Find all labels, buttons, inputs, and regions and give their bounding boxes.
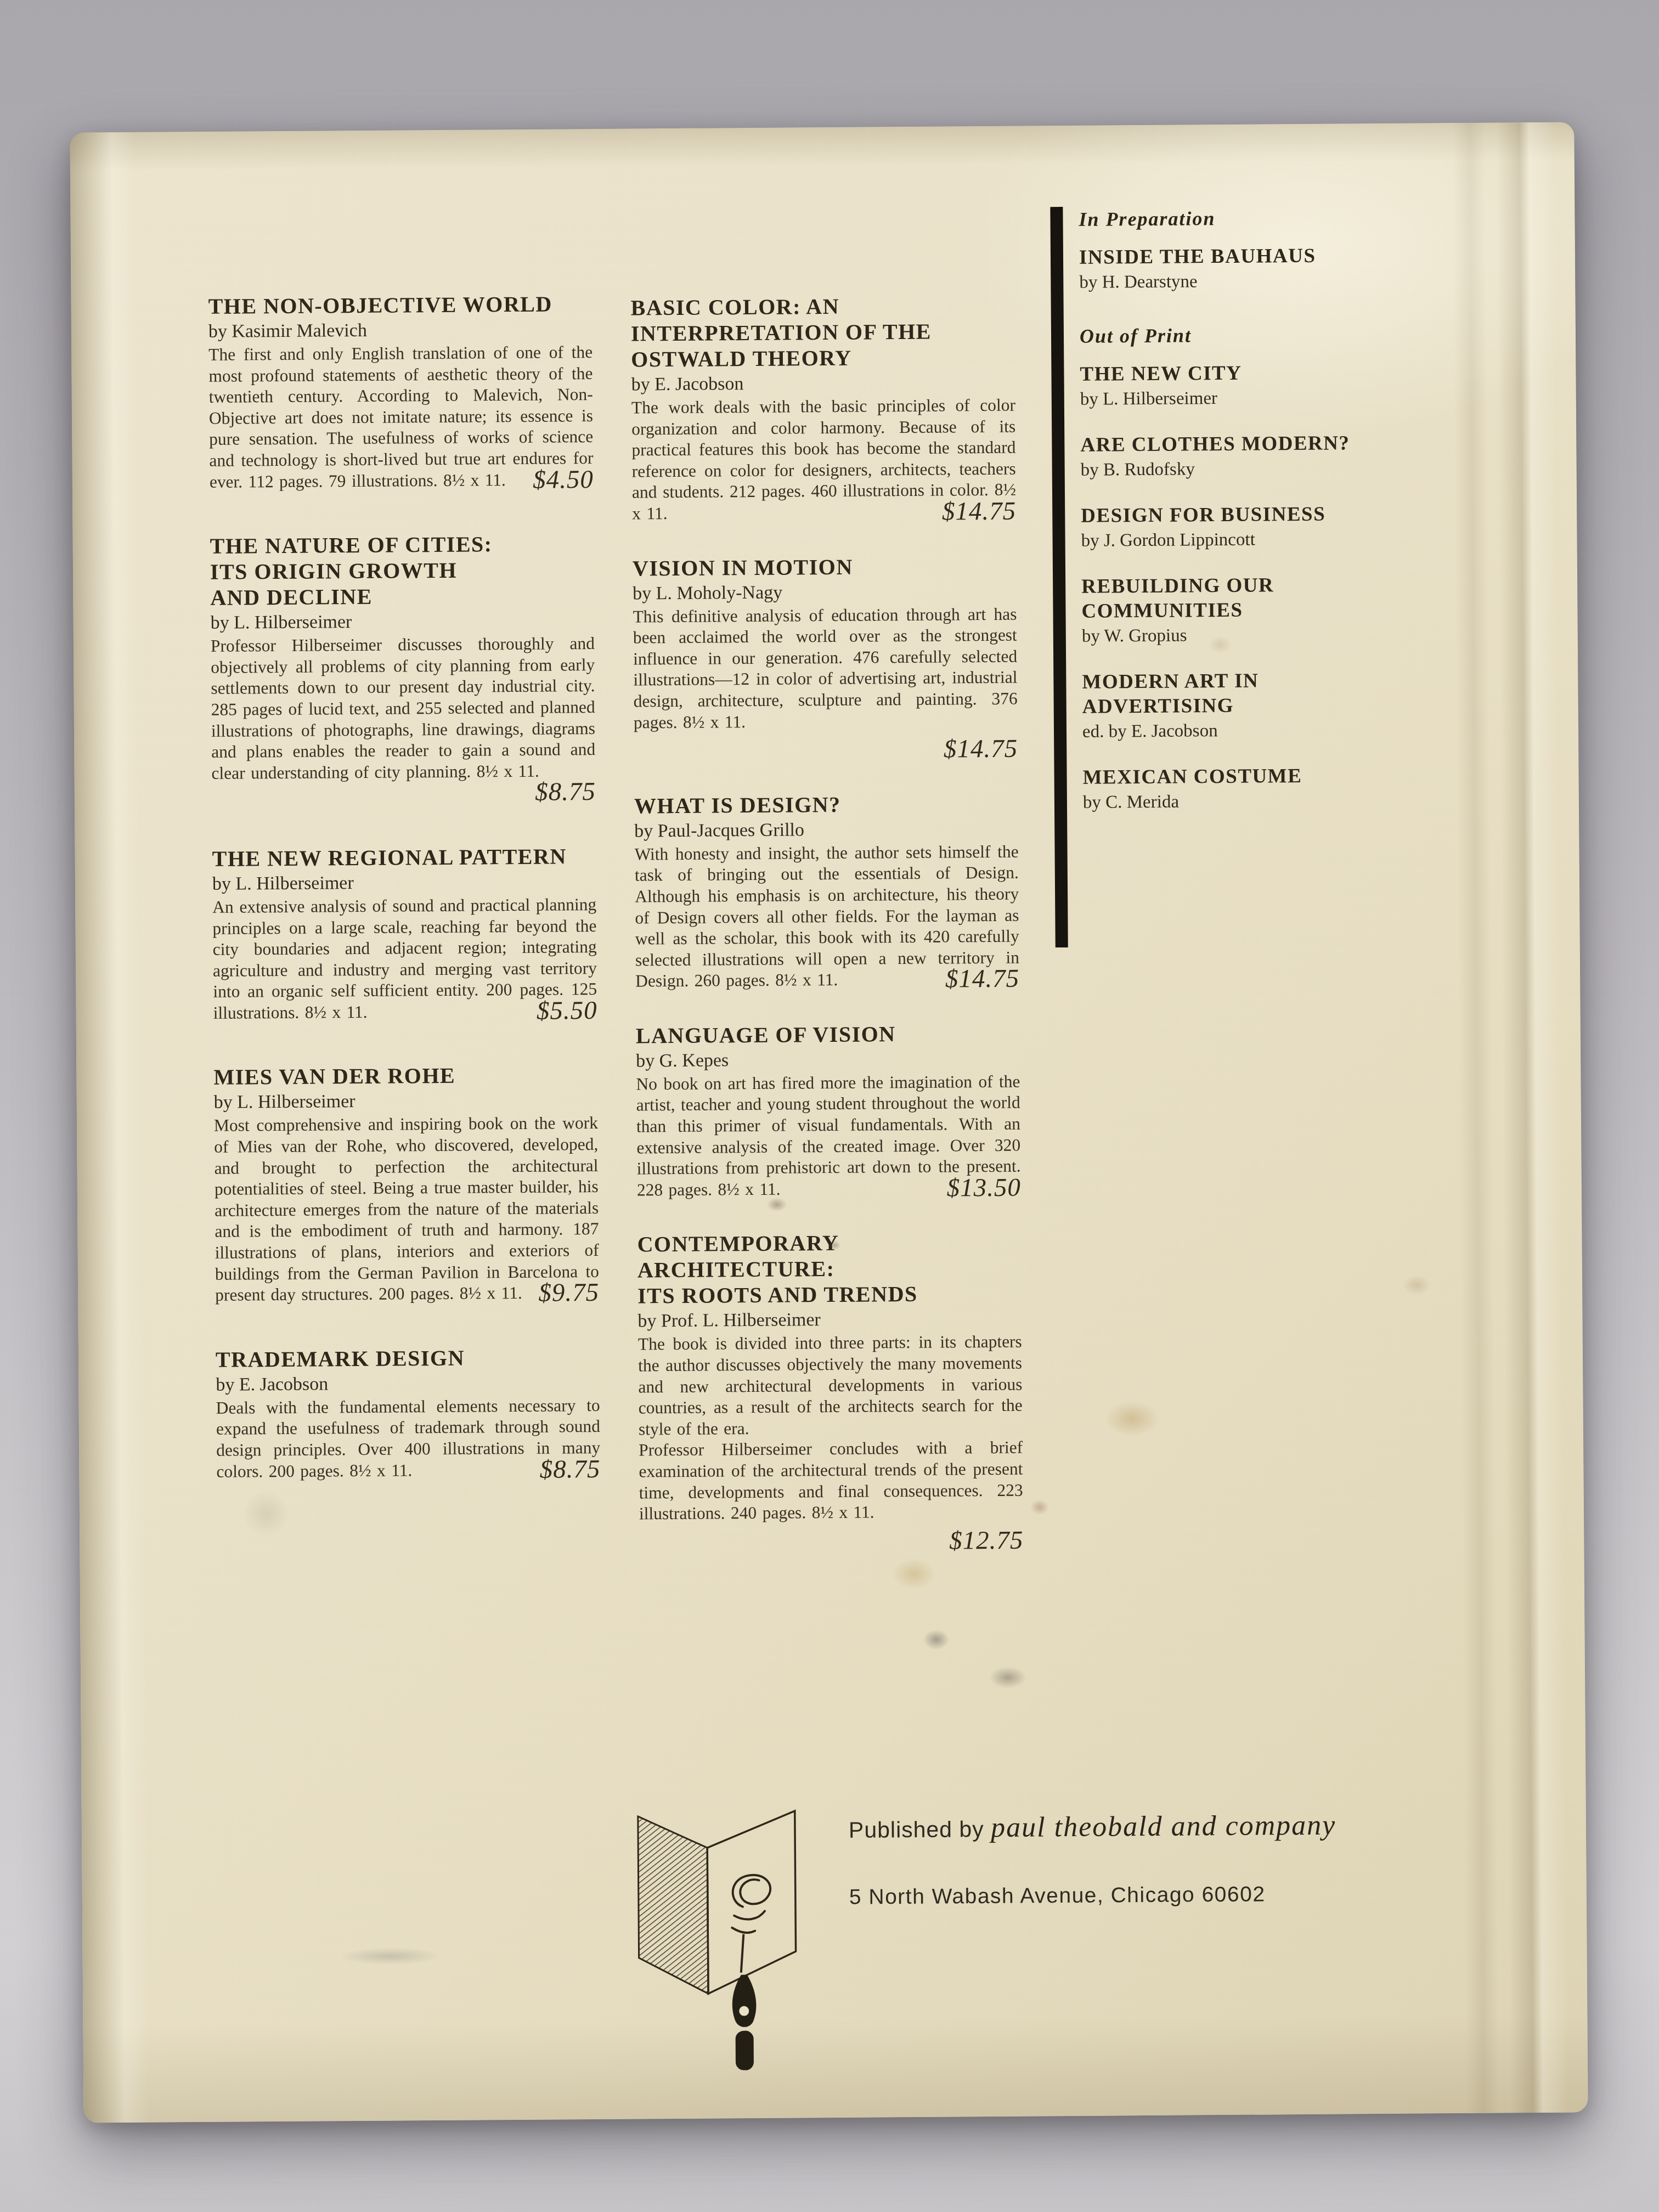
book-description: No book on art has fired more the imagin… bbox=[636, 1071, 1021, 1200]
book-entry: VISION IN MOTIONby L. Moholy-NagyThis de… bbox=[633, 552, 1018, 762]
book-description: This definitive analysis of education th… bbox=[633, 603, 1018, 762]
book-title: VISION IN MOTION bbox=[633, 552, 1017, 581]
book-entry: LANGUAGE OF VISIONby G. KepesNo book on … bbox=[636, 1020, 1021, 1200]
list-item: INSIDE THE BAUHAUSby H. Dearstyne bbox=[1079, 242, 1442, 294]
book-description-paragraph: Most comprehensive and inspiring book on… bbox=[214, 1113, 599, 1306]
book-price: $14.75 bbox=[634, 738, 1018, 762]
book-price: $14.75 bbox=[945, 968, 1020, 990]
book-title: THE NEW REGIONAL PATTERN bbox=[212, 843, 596, 872]
list-item-author: by W. Gropius bbox=[1082, 622, 1444, 648]
list-item: DESIGN FOR BUSINESSby J. Gordon Lippinco… bbox=[1081, 501, 1443, 552]
book-entry: BASIC COLOR: AN INTERPRETATION OF THE OS… bbox=[630, 292, 1016, 524]
book-description: Professor Hilberseimer discusses thoroug… bbox=[211, 633, 596, 784]
list-item: THE NEW CITYby L. Hilberseimer bbox=[1080, 359, 1442, 411]
list-item-author: by B. Rudofsky bbox=[1081, 456, 1443, 482]
book-author: by L. Hilberseimer bbox=[212, 869, 596, 897]
list-item: MEXICAN COSTUMEby C. Merida bbox=[1082, 763, 1445, 814]
book-price: $8.75 bbox=[535, 781, 596, 803]
book-author: by L. Hilberseimer bbox=[210, 608, 594, 636]
book-description-paragraph: This definitive analysis of education th… bbox=[633, 603, 1018, 762]
book-description-paragraph: With honesty and insight, the author set… bbox=[634, 841, 1019, 992]
publisher-open-book-pen-logo-icon bbox=[635, 1805, 801, 2072]
book-description: The first and only English translation o… bbox=[208, 342, 594, 493]
book-description: Deals with the fundamental elements nece… bbox=[216, 1395, 600, 1482]
in-preparation-label: In Preparation bbox=[1079, 205, 1441, 231]
book-description: An extensive analysis of sound and pract… bbox=[212, 894, 597, 1024]
publisher-name: paul theobald and company bbox=[991, 1810, 1336, 1843]
list-item: ARE CLOTHES MODERN?by B. Rudofsky bbox=[1080, 430, 1443, 482]
book-title: WHAT IS DESIGN? bbox=[634, 790, 1018, 819]
publisher-address: 5 North Wabash Avenue, Chicago 60602 bbox=[849, 1881, 1508, 1909]
list-item-author: by C. Merida bbox=[1083, 788, 1445, 814]
book-title: TRADEMARK DESIGN bbox=[216, 1344, 600, 1373]
book-title: MIES VAN DER ROHE bbox=[213, 1062, 597, 1090]
list-item-title: DESIGN FOR BUSINESS bbox=[1081, 501, 1443, 528]
list-item-title: THE NEW CITY bbox=[1080, 359, 1442, 387]
book-description-paragraph: Deals with the fundamental elements nece… bbox=[216, 1395, 600, 1482]
book-description: With honesty and insight, the author set… bbox=[634, 841, 1019, 992]
book-description-paragraph: No book on art has fired more the imagin… bbox=[636, 1071, 1021, 1200]
photo-background: THE NON-OBJECTIVE WORLDby Kasimir Malevi… bbox=[0, 0, 1659, 2212]
book-author: by L. Moholy-Nagy bbox=[633, 578, 1017, 606]
book-jacket-back-cover: THE NON-OBJECTIVE WORLDby Kasimir Malevi… bbox=[70, 122, 1588, 2123]
book-author: by Prof. L. Hilberseimer bbox=[637, 1306, 1022, 1334]
book-entry: THE NON-OBJECTIVE WORLDby Kasimir Malevi… bbox=[208, 291, 594, 493]
book-description-paragraph: Professor Hilberseimer discusses thoroug… bbox=[211, 633, 596, 784]
book-author: by E. Jacobson bbox=[216, 1370, 600, 1398]
book-entry: WHAT IS DESIGN?by Paul-Jacques GrilloWit… bbox=[634, 790, 1020, 992]
list-item-title: INSIDE THE BAUHAUS bbox=[1079, 242, 1441, 270]
out-of-print-label: Out of Print bbox=[1080, 322, 1442, 348]
list-item: REBUILDING OUR COMMUNITIESby W. Gropius bbox=[1081, 572, 1444, 648]
book-entry: THE NATURE OF CITIES: ITS ORIGIN GROWTH … bbox=[210, 531, 595, 805]
book-description-paragraph: The book is divided into three parts: in… bbox=[638, 1331, 1023, 1440]
book-entry: CONTEMPORARY ARCHITECTURE: ITS ROOTS AND… bbox=[637, 1229, 1023, 1554]
list-item-title: MEXICAN COSTUME bbox=[1082, 763, 1444, 790]
vertical-divider-bar bbox=[1050, 207, 1068, 947]
book-description: The book is divided into three parts: in… bbox=[638, 1331, 1024, 1554]
in-preparation-list: INSIDE THE BAUHAUSby H. Dearstyne bbox=[1079, 242, 1442, 294]
list-item: MODERN ART IN ADVERTISINGed. by E. Jacob… bbox=[1082, 667, 1444, 743]
book-title: BASIC COLOR: AN INTERPRETATION OF THE OS… bbox=[630, 292, 1015, 373]
book-price: $8.75 bbox=[540, 1459, 601, 1480]
book-description-paragraph: An extensive analysis of sound and pract… bbox=[212, 894, 597, 1024]
published-by-line: Published by paul theobald and company bbox=[849, 1808, 1507, 1844]
book-author: by G. Kepes bbox=[636, 1046, 1020, 1074]
list-item-title: REBUILDING OUR COMMUNITIES bbox=[1081, 572, 1444, 624]
publisher-block: Published by paul theobald and company 5… bbox=[849, 1808, 1508, 1909]
book-title: THE NATURE OF CITIES: ITS ORIGIN GROWTH … bbox=[210, 531, 594, 611]
book-author: by E. Jacobson bbox=[631, 370, 1015, 398]
list-item-author: by L. Hilberseimer bbox=[1080, 385, 1442, 411]
book-author: by Kasimir Malevich bbox=[208, 317, 592, 345]
book-price: $13.50 bbox=[946, 1177, 1021, 1199]
book-price: $5.50 bbox=[537, 1000, 597, 1022]
book-title: CONTEMPORARY ARCHITECTURE: ITS ROOTS AND… bbox=[637, 1229, 1022, 1309]
book-price: $9.75 bbox=[538, 1282, 599, 1304]
book-entry: MIES VAN DER ROHEby L. HilberseimerMost … bbox=[213, 1062, 599, 1306]
out-of-print-list: THE NEW CITYby L. HilberseimerARE CLOTHE… bbox=[1080, 359, 1445, 814]
book-title: THE NON-OBJECTIVE WORLD bbox=[208, 291, 592, 319]
book-description-paragraph: Professor Hilberseimer concludes with a … bbox=[639, 1437, 1023, 1554]
status-lists-panel: In Preparation INSIDE THE BAUHAUSby H. D… bbox=[1079, 205, 1445, 814]
book-description-paragraph: The work deals with the basic principles… bbox=[631, 395, 1017, 524]
catalog-column-middle: BASIC COLOR: AN INTERPRETATION OF THE OS… bbox=[630, 292, 1023, 1554]
list-item-author: by J. Gordon Lippincott bbox=[1081, 527, 1443, 552]
book-description: Most comprehensive and inspiring book on… bbox=[214, 1113, 599, 1306]
published-by-prefix: Published by bbox=[849, 1816, 984, 1843]
book-entry: THE NEW REGIONAL PATTERNby L. Hilberseim… bbox=[212, 843, 597, 1024]
list-item-title: ARE CLOTHES MODERN? bbox=[1080, 430, 1442, 458]
book-entry: TRADEMARK DESIGNby E. JacobsonDeals with… bbox=[216, 1344, 601, 1482]
book-price: $12.75 bbox=[639, 1530, 1023, 1553]
catalog-column-left: THE NON-OBJECTIVE WORLDby Kasimir Malevi… bbox=[208, 291, 600, 1482]
book-description-paragraph: The first and only English translation o… bbox=[208, 342, 594, 493]
book-author: by L. Hilberseimer bbox=[214, 1087, 598, 1115]
book-title: LANGUAGE OF VISION bbox=[636, 1020, 1020, 1048]
book-price: $4.50 bbox=[533, 469, 594, 490]
list-item-author: by H. Dearstyne bbox=[1079, 268, 1441, 294]
book-author: by Paul-Jacques Grillo bbox=[634, 816, 1018, 844]
list-item-title: MODERN ART IN ADVERTISING bbox=[1082, 667, 1444, 719]
list-item-author: ed. by E. Jacobson bbox=[1082, 718, 1444, 743]
book-description: The work deals with the basic principles… bbox=[631, 395, 1017, 524]
book-price: $14.75 bbox=[942, 501, 1017, 523]
